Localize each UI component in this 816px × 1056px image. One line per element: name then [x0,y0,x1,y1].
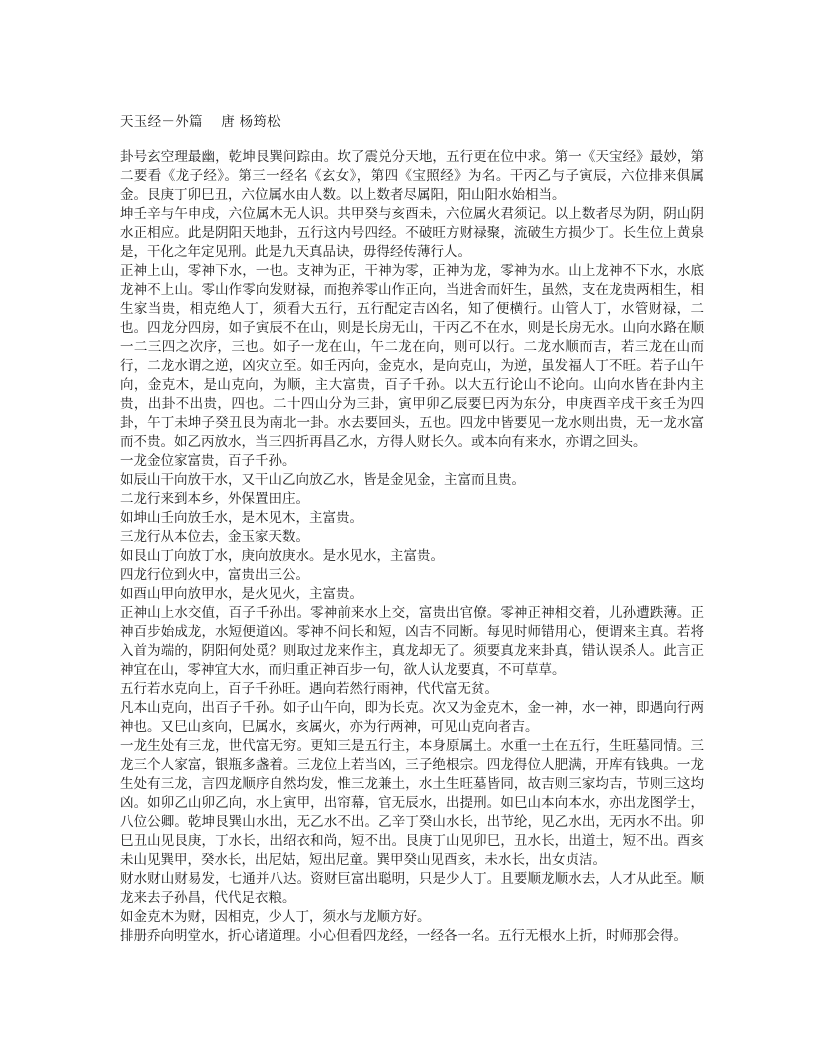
paragraph: 如金克木为财，因相克，少人丁，须水与龙顺方好。 [120,908,704,927]
paragraph: 卦号玄空理最幽，乾坤艮巽问踪由。坎了震兑分天地，五行更在位中求。第一《天宝经》最… [120,148,704,205]
paragraph: 凡本山克向，出百子千孙。如子山午向，即为长克。次又为金克木，金一神，水一神，即遇… [120,699,704,737]
paragraph: 如坤山壬向放壬水，是木见木，主富贵。 [120,509,704,528]
paragraph: 一龙生处有三龙，世代富无穷。更知三是五行主，本身原属土。水重一土在五行，生旺墓同… [120,737,704,870]
paragraph: 二龙行来到本乡，外保置田庄。 [120,490,704,509]
document-title: 天玉经－外篇 唐 杨筠松 [120,113,281,132]
paragraph: 正神上山，零神下水，一也。支神为正，干神为零，正神为龙，零神为水。山上龙神不下水… [120,262,704,452]
paragraph: 五行若水克向上，百子千孙旺。遇向若然行雨神，代代富无贫。 [120,680,704,699]
paragraph: 如艮山丁向放丁水，庚向放庚水。是水见水，主富贵。 [120,547,704,566]
paragraph: 三龙行从本位去，金玉家天数。 [120,528,704,547]
document-body: 卦号玄空理最幽，乾坤艮巽问踪由。坎了震兑分天地，五行更在位中求。第一《天宝经》最… [120,148,704,946]
paragraph: 一龙金位家富贵，百子千孙。 [120,452,704,471]
paragraph: 财水财山财易发，七通并八达。资财巨富出聪明，只是少人丁。且要顺龙顺水去，人才从此… [120,870,704,908]
paragraph: 坤壬辛与午申戌，六位属木无人识。共甲癸与亥酉未，六位属火君须记。以上数者尽为阴，… [120,205,704,262]
paragraph: 四龙行位到火中，富贵出三公。 [120,566,704,585]
paragraph: 如酉山甲向放甲水，是火见火，主富贵。 [120,585,704,604]
paragraph: 正神山上水交值，百子千孙出。零神前来水上交，富贵出官僚。零神正神相交着，儿孙遭跌… [120,604,704,680]
paragraph: 如辰山干向放干水，又干山乙向放乙水，皆是金见金，主富而且贵。 [120,471,704,490]
paragraph: 排册乔向明堂水，折心诸道理。小心但看四龙经，一经各一名。五行无根水上折，时师那会… [120,927,704,946]
